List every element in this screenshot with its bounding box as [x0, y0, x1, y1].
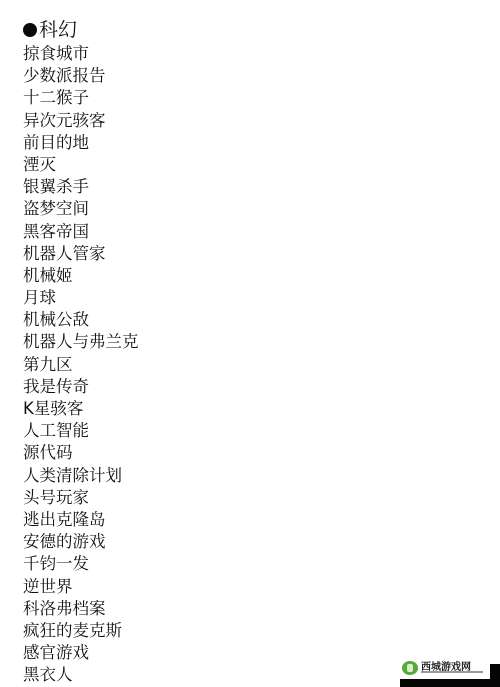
list-item: 人类清除计划: [23, 465, 139, 487]
list-item: 人工智能: [23, 420, 139, 442]
list-item: 逆世界: [23, 576, 139, 598]
list-item: 机械公敌: [23, 309, 139, 331]
list-item: 少数派报告: [23, 65, 139, 87]
list-item: 异次元骇客: [23, 110, 139, 132]
list-item: 黑衣人: [23, 664, 139, 686]
list-item: 机器人管家: [23, 243, 139, 265]
list-item: 第九区: [23, 354, 139, 376]
list-item: 盗梦空间: [23, 198, 139, 220]
list-item: 银翼杀手: [23, 176, 139, 198]
section-header: 科幻: [23, 17, 139, 43]
list-item: 黑客帝国: [23, 221, 139, 243]
list-item: 逃出克隆岛: [23, 509, 139, 531]
bullet-icon: [23, 23, 37, 37]
list-item: 机器人与弗兰克: [23, 331, 139, 353]
list-item: 感官游戏: [23, 642, 139, 664]
list-item: 疯狂的麦克斯: [23, 620, 139, 642]
list-item: 我是传奇: [23, 376, 139, 398]
section-title: 科幻: [39, 17, 77, 43]
list-item: 湮灭: [23, 154, 139, 176]
list-item: 头号玩家: [23, 487, 139, 509]
watermark-subline: [421, 671, 483, 673]
list-item: 科洛弗档案: [23, 598, 139, 620]
list-item: 十二猴子: [23, 87, 139, 109]
leaf-logo-icon: [402, 661, 418, 675]
list-item: 掠食城市: [23, 43, 139, 65]
watermark: 西城游戏网: [398, 657, 490, 679]
list-item: 千钧一发: [23, 553, 139, 575]
list-item: 前目的地: [23, 132, 139, 154]
list-item: 源代码: [23, 442, 139, 464]
movie-list: 科幻 掠食城市 少数派报告 十二猴子 异次元骇客 前目的地 湮灭 银翼杀手 盗梦…: [23, 17, 139, 686]
list-item: K星骇客: [23, 398, 139, 420]
list-item: 机械姬: [23, 265, 139, 287]
list-item: 月球: [23, 287, 139, 309]
list-item: 安德的游戏: [23, 531, 139, 553]
